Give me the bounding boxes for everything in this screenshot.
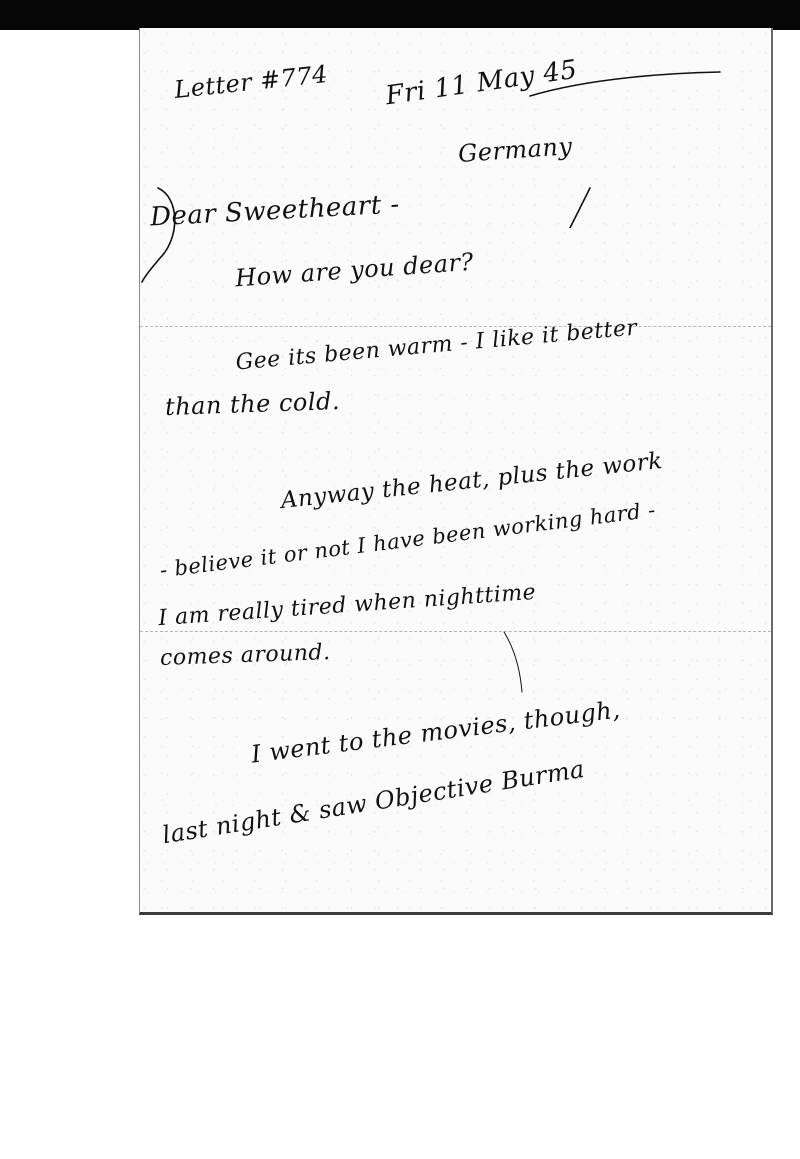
letter-line-5: - believe it or not I have been working … (158, 498, 657, 583)
fold-line (140, 631, 771, 632)
scan-border-top (0, 0, 800, 30)
salutation: Dear Sweetheart - (149, 189, 400, 232)
letter-place: Germany (457, 132, 573, 168)
stray-mark (500, 628, 540, 698)
letter-number: Letter #774 (173, 60, 329, 104)
letter-line-9: last night & saw Objective Burma (160, 755, 586, 849)
letter-line-6: I am really tired when nighttime (158, 580, 537, 631)
letter-line-3: than the cold. (165, 387, 341, 421)
letter-line-7: comes around. (160, 640, 331, 671)
fold-line (140, 326, 771, 327)
letter-page: Letter #774 Fri 11 May 45 Germany Dear S… (139, 28, 773, 915)
salutation-flourish (140, 178, 200, 288)
letter-line-1: How are you dear? (234, 248, 474, 293)
letter-date: Fri 11 May 45 (384, 55, 579, 112)
letter-line-2: Gee its been warm - I like it better (235, 315, 639, 375)
